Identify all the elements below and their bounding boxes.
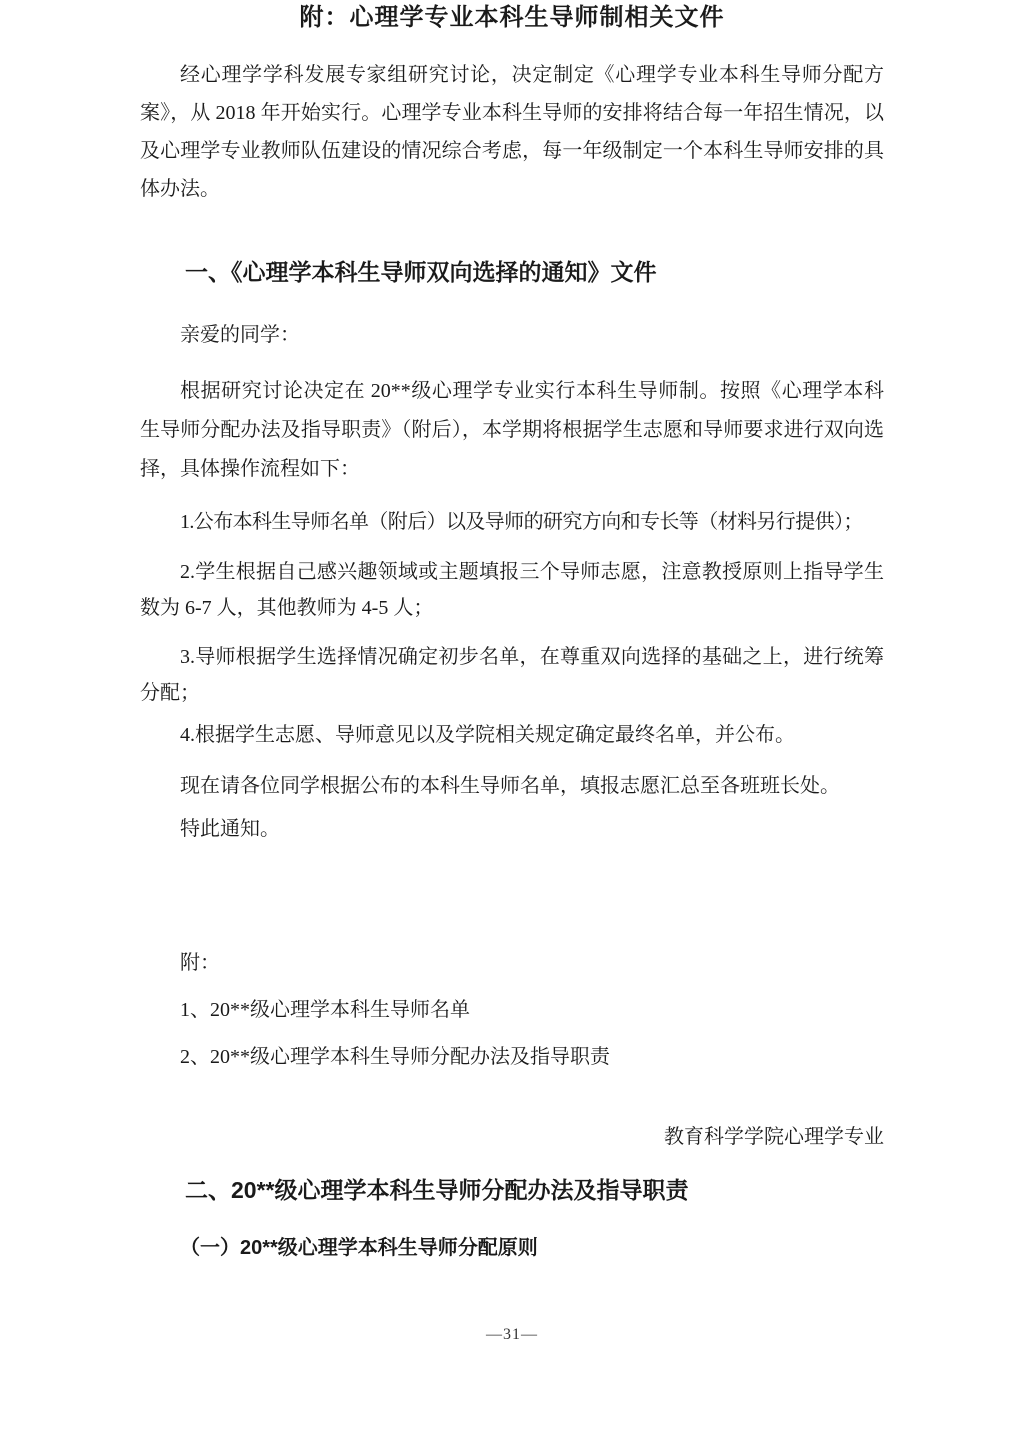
section1-heading: 一、《心理学本科生导师双向选择的通知》文件 bbox=[185, 256, 657, 288]
attachments-label: 附： bbox=[140, 944, 884, 982]
step-item-1: 1.公布本科生导师名单（附后）以及导师的研究方向和专长等（材料另行提供）； bbox=[140, 504, 884, 540]
document-title: 附：心理学专业本科生导师制相关文件 bbox=[0, 1, 1024, 35]
section2-heading: 二、20**级心理学本科生导师分配办法及指导职责 bbox=[185, 1174, 688, 1206]
attachment-item-2: 2、20**级心理学本科生导师分配办法及指导职责 bbox=[140, 1038, 884, 1076]
section1-opening-paragraph: 根据研究讨论决定在 20**级心理学专业实行本科生导师制。按照《心理学本科生导师… bbox=[140, 372, 884, 489]
document-page: 附：心理学专业本科生导师制相关文件 经心理学学科发展专家组研究讨论，决定制定《心… bbox=[0, 0, 1024, 1448]
closing-paragraph: 现在请各位同学根据公布的本科生导师名单，填报志愿汇总至各班班长处。 bbox=[140, 767, 884, 805]
intro-paragraph: 经心理学学科发展专家组研究讨论，决定制定《心理学专业本科生导师分配方案》，从 2… bbox=[140, 56, 884, 208]
page-number: —31— bbox=[0, 1325, 1024, 1345]
salutation: 亲爱的同学： bbox=[140, 316, 884, 354]
step-item-3: 3.导师根据学生选择情况确定初步名单，在尊重双向选择的基础之上，进行统筹分配； bbox=[140, 639, 884, 711]
notice-line: 特此通知。 bbox=[140, 810, 884, 848]
step-item-4: 4.根据学生志愿、导师意见以及学院相关规定确定最终名单，并公布。 bbox=[140, 717, 884, 753]
step-item-2: 2.学生根据自己感兴趣领域或主题填报三个导师志愿，注意教授原则上指导学生数为 6… bbox=[140, 554, 884, 626]
attachment-item-1: 1、20**级心理学本科生导师名单 bbox=[140, 991, 884, 1029]
signature-line: 教育科学学院心理学专业 bbox=[140, 1118, 884, 1156]
section2-subheading: （一）20**级心理学本科生导师分配原则 bbox=[180, 1232, 538, 1264]
